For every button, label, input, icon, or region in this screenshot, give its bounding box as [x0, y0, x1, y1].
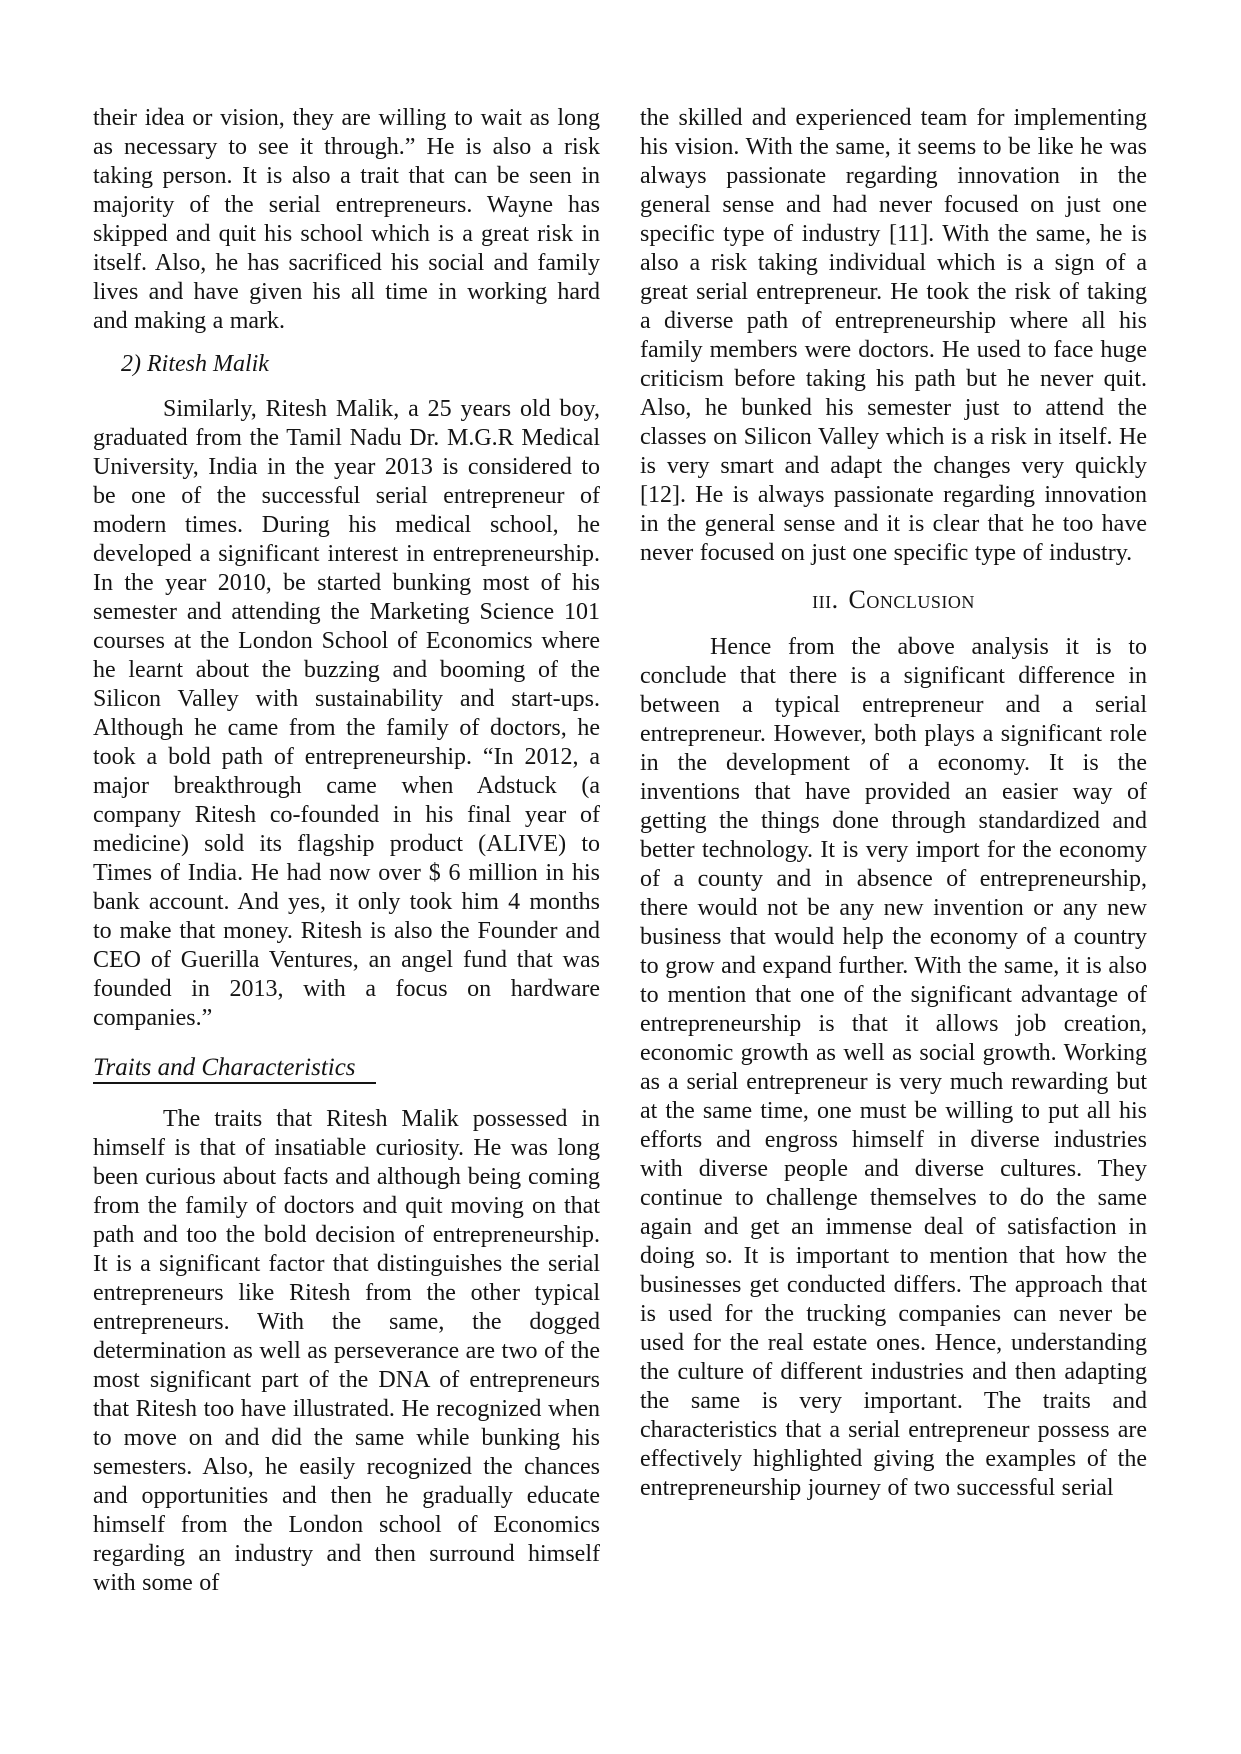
paragraph-skilled-team-continuation: the skilled and experienced team for imp…: [640, 104, 1147, 568]
paper-page: their idea or vision, they are willing t…: [0, 0, 1241, 1754]
heading-traits-text: Traits and Characteristics: [93, 1053, 376, 1084]
paragraph-traits: The traits that Ritesh Malik possessed i…: [93, 1105, 600, 1598]
section-number: III.: [812, 585, 838, 614]
two-column-layout: their idea or vision, they are willing t…: [93, 104, 1148, 1598]
right-column: the skilled and experienced team for imp…: [640, 104, 1147, 1598]
subsection-heading-ritesh-malik: 2) Ritesh Malik: [121, 350, 600, 379]
left-column: their idea or vision, they are willing t…: [93, 104, 600, 1598]
section-title: Conclusion: [849, 585, 975, 614]
paragraph-conclusion: Hence from the above analysis it is to c…: [640, 633, 1147, 1503]
heading-traits-and-characteristics: Traits and Characteristics: [93, 1053, 600, 1084]
paragraph-ritesh-bio: Similarly, Ritesh Malik, a 25 years old …: [93, 395, 600, 1033]
paragraph-wayne-continuation: their idea or vision, they are willing t…: [93, 104, 600, 336]
section-heading-conclusion: III.Conclusion: [640, 585, 1147, 614]
